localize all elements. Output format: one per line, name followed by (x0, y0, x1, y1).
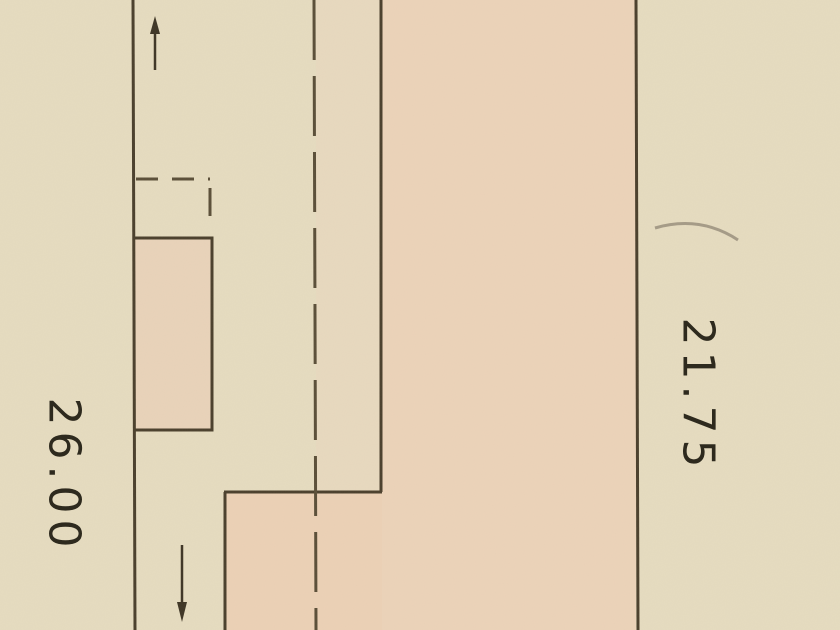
dimension-label-left: 26.00 (38, 398, 89, 554)
plan-drawing: 26.00 21.75 (0, 0, 840, 630)
plan-lines (0, 0, 840, 630)
paper-grain (0, 0, 840, 630)
dimension-label-right: 21.75 (672, 318, 723, 474)
